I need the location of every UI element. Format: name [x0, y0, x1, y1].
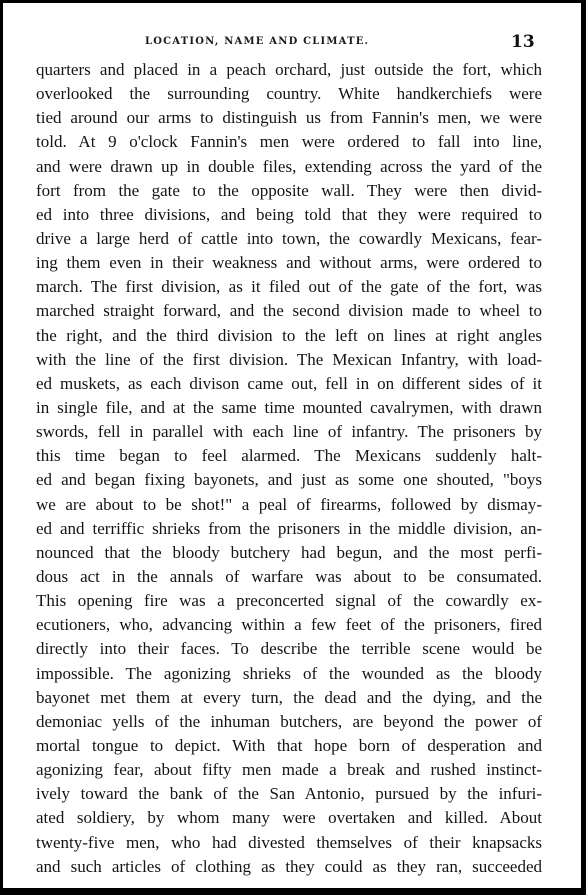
text-line: told. At 9 o'clock Fannin's men were ord…	[36, 130, 542, 154]
text-line: nounced that the bloody butchery had beg…	[36, 541, 542, 565]
text-line: ecutioners, who, advancing within a few …	[36, 613, 542, 637]
text-line: impossible. The agonizing shrieks of the…	[36, 662, 542, 686]
text-line: fort from the gate to the opposite wall.…	[36, 179, 542, 203]
book-page: LOCATION, NAME AND CLIMATE. 13 quarters …	[3, 3, 581, 888]
text-line: march. The first division, as it filed o…	[36, 275, 542, 299]
page-number: 13	[511, 32, 535, 52]
text-line: agonizing fear, about fifty men made a b…	[36, 758, 542, 782]
text-line: ing them even in their weakness and with…	[36, 251, 542, 275]
text-line: dous act in the annals of warfare was ab…	[36, 565, 542, 589]
text-line: tied around our arms to distinguish us f…	[36, 106, 542, 130]
text-line: ated soldiery, by whom many were overtak…	[36, 806, 542, 830]
text-line: and such articles of clothing as they co…	[36, 855, 542, 879]
text-line: ed muskets, as each divison came out, fe…	[36, 372, 542, 396]
text-line: directly into their faces. To describe t…	[36, 637, 542, 661]
text-line: in single file, and at the same time mou…	[36, 396, 542, 420]
text-line: this time began to feel alarmed. The Mex…	[36, 444, 542, 468]
text-line: the right, and the third division to the…	[36, 324, 542, 348]
text-line: This opening fire was a preconcerted sig…	[36, 589, 542, 613]
text-line: with the line of the first division. The…	[36, 348, 542, 372]
text-line: quarters and placed in a peach orchard, …	[36, 58, 542, 82]
running-head: LOCATION, NAME AND CLIMATE. 13	[3, 34, 581, 54]
text-line: and were drawn up in double files, exten…	[36, 155, 542, 179]
text-line: ively toward the bank of the San Antonio…	[36, 782, 542, 806]
text-line: marched straight forward, and the second…	[36, 299, 542, 323]
body-text: quarters and placed in a peach orchard, …	[36, 58, 542, 879]
text-line: demoniac yells of the inhuman butchers, …	[36, 710, 542, 734]
text-line: ed into three divisions, and being told …	[36, 203, 542, 227]
text-line: ed and began fixing bayonets, and just a…	[36, 468, 542, 492]
text-line: we are about to be shot!" a peal of fire…	[36, 493, 542, 517]
text-line: overlooked the surrounding country. Whit…	[36, 82, 542, 106]
text-line: mortal tongue to depict. With that hope …	[36, 734, 542, 758]
text-line: twenty-five men, who had divested themse…	[36, 831, 542, 855]
text-line: drive a large herd of cattle into town, …	[36, 227, 542, 251]
chapter-title: LOCATION, NAME AND CLIMATE.	[145, 36, 369, 47]
text-line: bayonet met them at every turn, the dead…	[36, 686, 542, 710]
text-line: ed and terriffic shrieks from the prison…	[36, 517, 542, 541]
text-line: swords, fell in parallel with each line …	[36, 420, 542, 444]
